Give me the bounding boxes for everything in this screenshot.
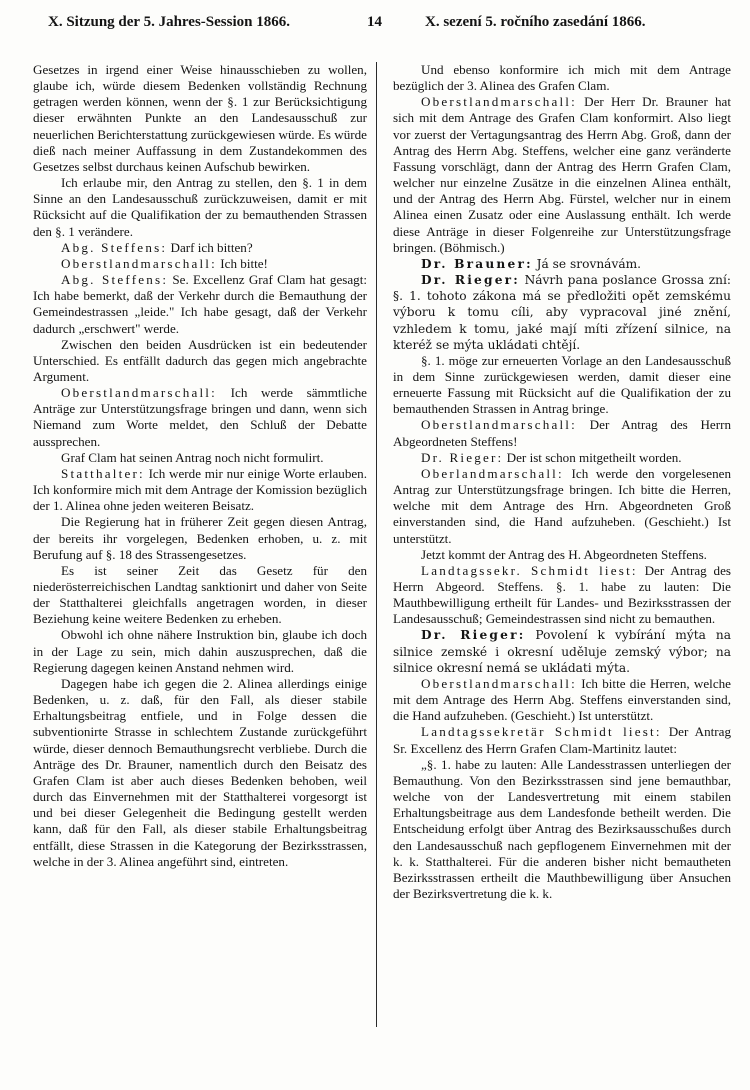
paragraph-text: Ich erlaube mir, den Antrag zu stellen, …	[33, 175, 367, 238]
paragraph: Jetzt kommt der Antrag des H. Abgeordnet…	[393, 547, 731, 563]
paragraph-text: Der ist schon mitgetheilt worden.	[503, 450, 681, 465]
speaker-name: Oberstlandmarschall:	[61, 385, 217, 400]
paragraph: Dr. Rieger: Návrh pana poslance Grossa z…	[393, 272, 731, 353]
paragraph: Landtagssekr. Schmidt liest: Der Antrag …	[393, 563, 731, 628]
header-title-german: X. Sitzung der 5. Jahres-Session 1866.	[48, 14, 290, 31]
paragraph: Oberlandmarschall: Ich werde den vorgele…	[393, 466, 731, 547]
paragraph: Abg. Steffens: Darf ich bitten?	[33, 240, 367, 256]
column-divider	[376, 62, 377, 1027]
paragraph: Abg. Steffens: Se. Excellenz Graf Clam h…	[33, 272, 367, 337]
paragraph-text: Und ebenso konformire ich mich mit dem A…	[393, 62, 731, 93]
paragraph: Oberstlandmarschall: Der Antrag des Herr…	[393, 417, 731, 449]
paragraph: Statthalter: Ich werde mir nur einige Wo…	[33, 466, 367, 514]
speaker-name: Oberstlandmarschall:	[421, 94, 577, 109]
paragraph: Dr. Rieger: Der ist schon mitgetheilt wo…	[393, 450, 731, 466]
paragraph: Die Regierung hat in früherer Zeit gegen…	[33, 514, 367, 562]
speaker-name: Dr. Rieger:	[421, 450, 503, 465]
paragraph: Es ist seiner Zeit das Gesetz für den ni…	[33, 563, 367, 628]
speaker-name: Dr. Brauner:	[421, 257, 533, 271]
speaker-name: Abg. Steffens:	[61, 272, 168, 287]
paragraph: „§. 1. habe zu lauten: Alle Landesstrass…	[393, 757, 731, 902]
speaker-name: Oberstlandmarschall:	[61, 256, 217, 271]
paragraph-text: Graf Clam hat seinen Antrag noch nicht f…	[61, 450, 324, 465]
paragraph-text: Die Regierung hat in früherer Zeit gegen…	[33, 514, 367, 561]
paragraph-text: Jetzt kommt der Antrag des H. Abgeordnet…	[421, 547, 707, 562]
paragraph: Obwohl ich ohne nähere Instruktion bin, …	[33, 627, 367, 675]
speaker-name: Oberstlandmarschall:	[421, 676, 577, 691]
page-header: X. Sitzung der 5. Jahres-Session 1866. 1…	[0, 8, 750, 36]
page-number: 14	[367, 14, 382, 31]
paragraph: Oberstlandmarschall: Ich bitte die Herre…	[393, 676, 731, 724]
paragraph: §. 1. möge zur erneuerten Vorlage an den…	[393, 353, 731, 418]
speaker-name: Landtagssekr. Schmidt liest:	[421, 563, 638, 578]
paragraph: Dr. Brauner: Já se srovnávám.	[393, 256, 731, 272]
paragraph-text: Es ist seiner Zeit das Gesetz für den ni…	[33, 563, 367, 626]
paragraph: Oberstlandmarschall: Ich bitte!	[33, 256, 367, 272]
paragraph-text: §. 1. möge zur erneuerten Vorlage an den…	[393, 353, 731, 416]
left-column-german: Gesetzes in irgend einer Weise hinaussch…	[33, 62, 367, 870]
paragraph: Zwischen den beiden Ausdrücken ist ein b…	[33, 337, 367, 385]
speaker-name: Statthalter:	[61, 466, 145, 481]
header-title-czech: X. sezení 5. ročního zasedání 1866.	[425, 14, 646, 31]
speaker-name: Landtagssekretär Schmidt liest:	[421, 724, 662, 739]
paragraph-text: „§. 1. habe zu lauten: Alle Landesstrass…	[393, 757, 731, 901]
paragraph: Und ebenso konformire ich mich mit dem A…	[393, 62, 731, 94]
speaker-name: Dr. Rieger:	[421, 273, 520, 287]
paragraph: Gesetzes in irgend einer Weise hinaussch…	[33, 62, 367, 175]
paragraph: Ich erlaube mir, den Antrag zu stellen, …	[33, 175, 367, 240]
paragraph-text: Gesetzes in irgend einer Weise hinaussch…	[33, 62, 367, 174]
paragraph-text: Obwohl ich ohne nähere Instruktion bin, …	[33, 627, 367, 674]
paragraph-text: Zwischen den beiden Ausdrücken ist ein b…	[33, 337, 367, 384]
paragraph-text: Dagegen habe ich gegen die 2. Alinea all…	[33, 676, 367, 869]
paragraph-text: Der Herr Dr. Brauner hat sich mit dem An…	[393, 94, 731, 254]
paragraph: Oberstlandmarschall: Ich werde sämmtlich…	[33, 385, 367, 450]
paragraph: Landtagssekretär Schmidt liest: Der Antr…	[393, 724, 731, 756]
paragraph: Dr. Rieger: Povolení k vybírání mýta na …	[393, 627, 731, 675]
paragraph-text: Ich bitte!	[217, 256, 268, 271]
paragraph-text: Já se srovnávám.	[533, 257, 641, 271]
paragraph: Graf Clam hat seinen Antrag noch nicht f…	[33, 450, 367, 466]
paragraph: Oberstlandmarschall: Der Herr Dr. Braune…	[393, 94, 731, 256]
speaker-name: Oberstlandmarschall:	[421, 417, 577, 432]
speaker-name: Dr. Rieger:	[421, 628, 525, 642]
paragraph: Dagegen habe ich gegen die 2. Alinea all…	[33, 676, 367, 870]
speaker-name: Oberlandmarschall:	[421, 466, 564, 481]
right-column: Und ebenso konformire ich mich mit dem A…	[393, 62, 731, 902]
paragraph-text: Darf ich bitten?	[167, 240, 252, 255]
speaker-name: Abg. Steffens:	[61, 240, 167, 255]
